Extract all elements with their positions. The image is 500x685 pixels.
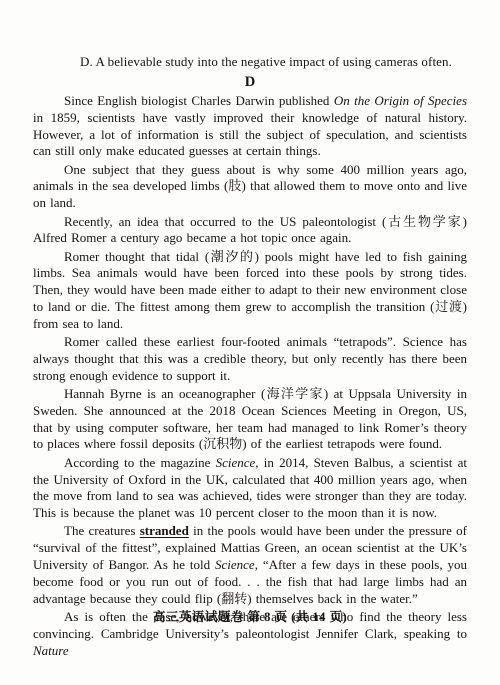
italic-title-text: Nature xyxy=(33,643,69,658)
paragraph: Romer called these earliest four-footed … xyxy=(33,334,467,384)
paragraph: Recently, an idea that occurred to the U… xyxy=(33,214,467,248)
text-run: Romer thought that tidal (潮汐的) pools mig… xyxy=(33,249,467,331)
page-footer: 高三英语试题卷 第 8 页 (共 14 页) xyxy=(0,607,500,625)
text-run: in 1859, scientists have vastly improved… xyxy=(33,110,467,159)
paragraph: Since English biologist Charles Darwin p… xyxy=(33,93,467,160)
text-run: One subject that they guess about is why… xyxy=(33,162,467,211)
text-run: According to the magazine xyxy=(64,455,216,470)
text-run: Since English biologist Charles Darwin p… xyxy=(64,93,334,108)
italic-title-text: Science xyxy=(215,557,255,572)
passage-body: Since English biologist Charles Darwin p… xyxy=(33,93,467,659)
section-heading: D xyxy=(33,73,467,91)
text-run: Romer called these earliest four-footed … xyxy=(33,334,467,383)
paragraph: The creatures stranded in the pools woul… xyxy=(33,523,467,607)
paragraph: Romer thought that tidal (潮汐的) pools mig… xyxy=(33,249,467,333)
option-d-line: D. A believable study into the negative … xyxy=(33,53,467,70)
exam-page: D. A believable study into the negative … xyxy=(0,0,500,685)
text-run: The creatures xyxy=(64,523,140,538)
paragraph: According to the magazine Science, in 20… xyxy=(33,455,467,522)
italic-title-text: Science xyxy=(216,455,256,470)
text-run: Recently, an idea that occurred to the U… xyxy=(33,214,467,246)
italic-title-text: On the Origin of Species xyxy=(334,93,467,108)
text-run: Hannah Byrne is an oceanographer (海洋学家) … xyxy=(33,386,467,451)
paragraph: Hannah Byrne is an oceanographer (海洋学家) … xyxy=(33,386,467,453)
vocab-word-stranded: stranded xyxy=(140,523,189,538)
paragraph: One subject that they guess about is why… xyxy=(33,162,467,212)
